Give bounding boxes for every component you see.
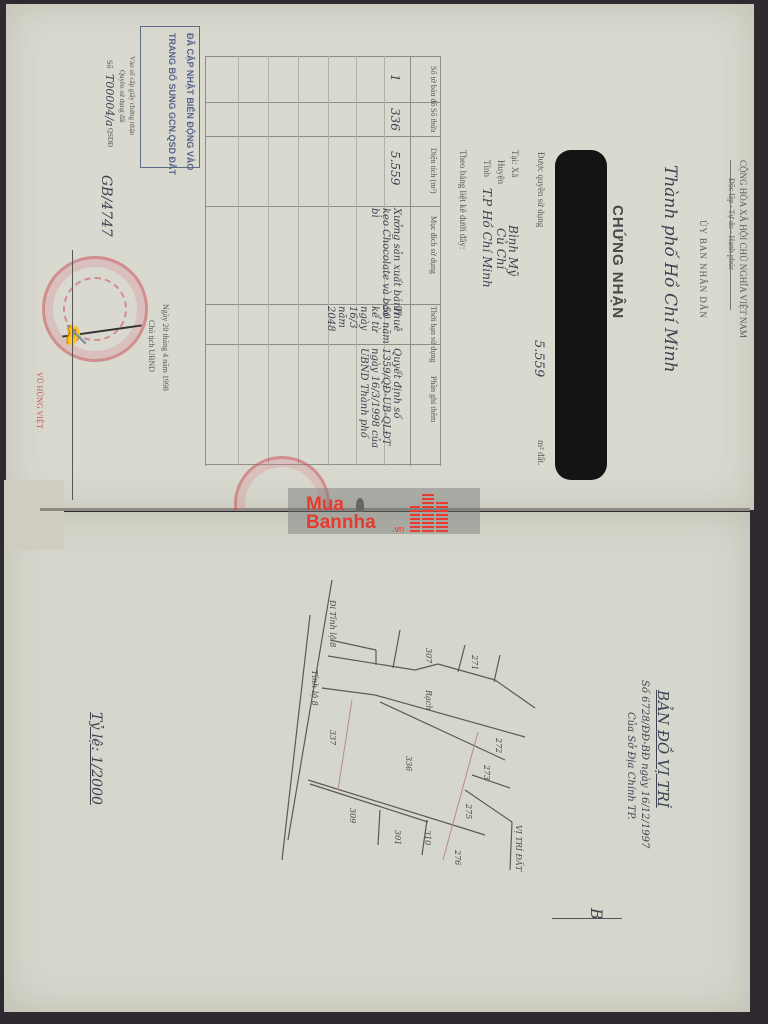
north-arrow-label: B — [587, 908, 606, 920]
cell-notes: Quyết định số 1359/QĐ-UB-QLĐT ngày 16/3/… — [358, 348, 402, 460]
area-unit: m² đất. — [536, 440, 546, 465]
issuer-label: ỦY BAN NHÂN DÂN — [698, 220, 708, 319]
district-value: Củ Chi — [494, 228, 508, 269]
province-label: Tỉnh — [482, 160, 492, 177]
th-notes: Phần ghi thêm — [429, 376, 438, 422]
national-motto: Độc lập - Tự do - Hạnh phúc — [727, 178, 736, 270]
map-label-parcel-276: 276 — [453, 849, 462, 865]
th-map-sheet: Số tờ bản đồ — [429, 66, 438, 106]
update-stamp-line1: ĐÃ CẬP NHẬT BIẾN ĐỘNG VÀO — [185, 33, 195, 170]
national-title: CỘNG HÒA XÃ HỘI CHỦ NGHĨA VIỆT NAM — [738, 160, 748, 338]
register-line2: Quyền sử dụng đất — [118, 70, 126, 123]
th-duration: Thời hạn sử dụng — [429, 306, 438, 362]
map-source-note: Số 6728/ĐĐ-BĐ ngày 16/12/1997 — [639, 680, 650, 848]
register-line1: Vào sổ cấp giấy chứng nhận — [128, 56, 136, 135]
certificate-title: CHỨNG NHẬN — [609, 205, 626, 319]
map-label-parcel-273: 273 — [482, 764, 491, 780]
building-icon — [436, 502, 448, 532]
map-label-parcel-272: 272 — [494, 737, 503, 753]
issuer-city: Thành phố Hồ Chí Minh — [660, 165, 680, 373]
signature-line — [72, 250, 73, 500]
cell-duration: Thuê 50 năm kể từ ngày 16/3 năm 2048 — [325, 306, 402, 346]
watermark-suffix: .vn — [392, 524, 404, 534]
header-underline — [730, 160, 731, 310]
map-label-parcel-309: 309 — [348, 808, 357, 823]
map-label-parcel-275: 275 — [464, 803, 473, 819]
parcel-table: Số tờ bản đồ Số thửa Diện tích (m²) Mục … — [205, 56, 441, 466]
province-value: T.P Hồ Chí Minh — [480, 188, 494, 288]
cell-map-sheet: 1 — [388, 74, 402, 82]
th-parcel: Số thửa — [429, 108, 438, 133]
map-label-road-alt: Đi Tỉnh lộ 8 — [328, 599, 337, 647]
page-flap — [4, 480, 64, 550]
map-label-parcel-310: 310 — [423, 830, 432, 845]
watermark-line2: Bannha — [306, 514, 376, 531]
map-title: BẢN ĐỒ VỊ TRÍ — [654, 690, 672, 808]
map-label-road: Tỉnh lộ 8 — [310, 670, 319, 706]
list-intro: Theo bảng liệt kê dưới đây: — [458, 150, 468, 249]
register-suffix: QSDĐ — [106, 128, 114, 147]
map-scale: Tỷ lệ: 1/2000 — [88, 712, 104, 805]
redacted-owner-name — [555, 150, 607, 480]
update-stamp-line2: TRANG BỔ SUNG GCN.QSD ĐẤT — [167, 33, 177, 175]
map-label-position: VỊ TRÍ ĐẤT — [514, 825, 524, 872]
issue-date: Ngày 20 tháng 4 năm 1998 — [161, 304, 170, 391]
signer-name: VŨ HÙNG VIỆT — [35, 372, 44, 429]
cell-area: 5.559 — [388, 151, 402, 185]
signer-title: Chủ tịch UBND — [147, 320, 156, 372]
register-no-value: T00004/a — [103, 74, 116, 127]
watermark-line1: Mua — [306, 496, 344, 513]
map-source-note2: Của Sở Địa Chính TP. — [625, 712, 636, 820]
building-icon — [410, 506, 420, 532]
map-label-parcel-336: 336 — [404, 756, 413, 771]
district-label: Huyện — [496, 160, 506, 184]
map-label-parcel-271: 271 — [470, 654, 479, 670]
map-label-parcel-301: 301 — [393, 830, 402, 845]
area-value: 5.559 — [531, 340, 546, 377]
map-pin-icon — [356, 498, 364, 512]
handwritten-code: GB/4747 — [98, 175, 114, 237]
cadastral-location-map: Rạch 336 337 271 272 273 275 276 301 309… — [260, 560, 550, 880]
register-no-label: Số — [105, 60, 114, 68]
map-label-parcel-337: 337 — [328, 730, 337, 746]
commune-value: Bình Mỹ — [506, 225, 520, 276]
mbn-watermark: Mua Bannha .vn — [288, 488, 480, 534]
cell-purpose: Xưởng sản xuất bánh kẹo Chocolate và bao… — [369, 208, 402, 318]
right-holder-label: Được quyền sử dụng — [536, 152, 546, 227]
commune-label: Tại: Xã — [510, 150, 520, 177]
th-purpose: Mục đích sử dụng — [429, 216, 438, 274]
official-seal-red — [42, 256, 148, 362]
th-area: Diện tích (m²) — [429, 148, 438, 194]
map-label-canal: Rạch — [424, 689, 433, 710]
update-stamp-box: ĐÃ CẬP NHẬT BIẾN ĐỘNG VÀO TRANG BỔ SUNG … — [140, 26, 200, 168]
map-label-parcel-307: 307 — [424, 648, 433, 664]
signature: ✍ — [64, 322, 88, 347]
building-icon — [422, 492, 434, 532]
cell-parcel: 336 — [388, 108, 402, 131]
